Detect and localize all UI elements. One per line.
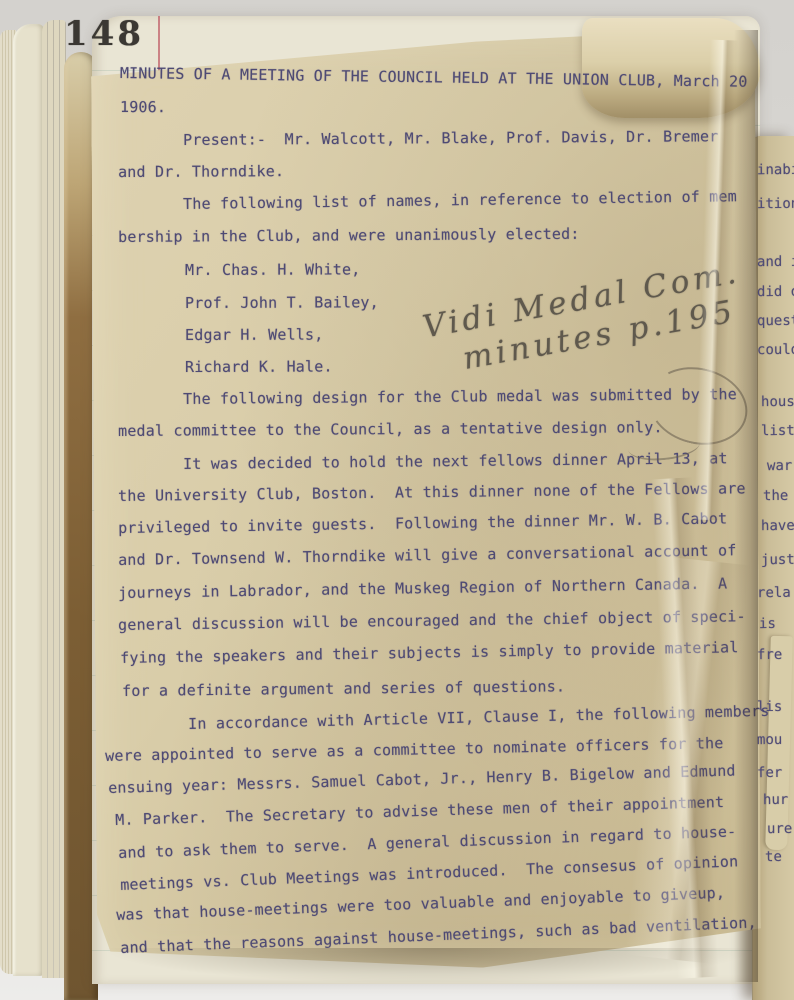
ledger-book-photo: 148 MINUTES OF A MEETING OF THE COUNCIL … [0,0,794,1000]
pasted-minutes-sheet [91,32,762,971]
page-curl-top-right [582,18,760,118]
page-number: 148 [64,14,144,54]
page-stack-edge [13,24,44,976]
page-stack-edge [42,20,66,978]
